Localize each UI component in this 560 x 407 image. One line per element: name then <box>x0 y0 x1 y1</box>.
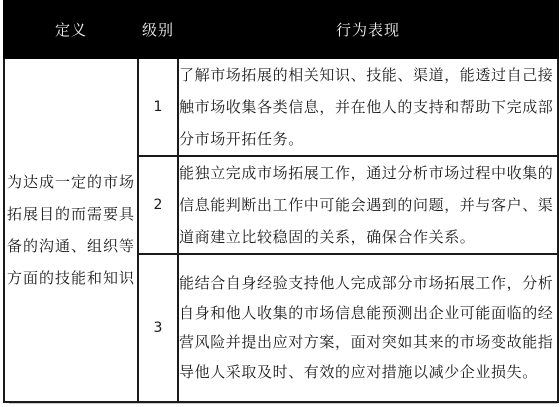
level-cell-3: 3 <box>138 254 178 402</box>
competency-table-page: 定义 级别 行为表现 为达成一定的市场拓展目的而需要具备的沟通、组织等方面的技能… <box>0 0 560 407</box>
header-level: 级别 <box>138 1 178 58</box>
behavior-cell-2: 能独立完成市场拓展工作，通过分析市场过程中收集的信息能判断出工作中可能会遇到的问… <box>178 156 558 254</box>
behavior-cell-3: 能结合自身经验支持他人完成部分市场拓展工作，分析自身和他人收集的市场信息能预测出… <box>178 254 558 402</box>
level-cell-2: 2 <box>138 156 178 254</box>
competency-level-table: 定义 级别 行为表现 为达成一定的市场拓展目的而需要具备的沟通、组织等方面的技能… <box>3 0 559 403</box>
definition-cell: 为达成一定的市场拓展目的而需要具备的沟通、组织等方面的技能和知识 <box>4 58 138 402</box>
level-cell-1: 1 <box>138 58 178 156</box>
table-row: 为达成一定的市场拓展目的而需要具备的沟通、组织等方面的技能和知识 1 了解市场拓… <box>4 58 558 156</box>
header-definition: 定义 <box>4 1 138 58</box>
header-behavior: 行为表现 <box>178 1 558 58</box>
behavior-cell-1: 了解市场拓展的相关知识、技能、渠道，能透过自己接触市场收集各类信息，并在他人的支… <box>178 58 558 156</box>
table-bottom-shadow <box>9 403 558 404</box>
table-header-row: 定义 级别 行为表现 <box>4 1 558 58</box>
